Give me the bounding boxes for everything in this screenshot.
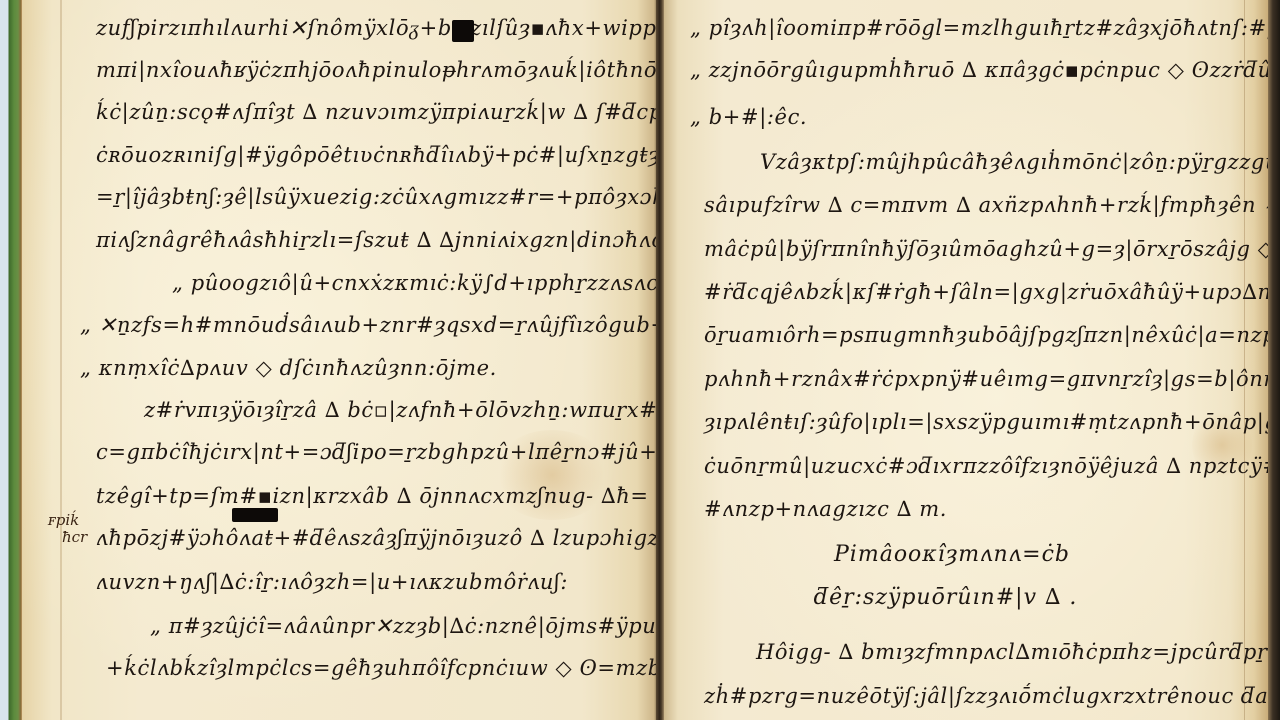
right-line-6: mâċpû|bÿſrπnînħÿſōȝıûmōaghzû+g=ȝ|ōrxṟōsz…: [704, 237, 1268, 261]
left-line-16: +ḱċlʌbḱzîȝlmpċlcs=gêħȝuhπôîfcpnċıuw ◇ ʘ=…: [106, 656, 658, 680]
right-heading-line-1: Pimâooκîȝmʌnʌ=ċb: [834, 542, 1070, 567]
left-line-13: ʌħpōzj#ÿɔhôʌaŧ+#ƌêʌszâȝʃπÿjnōıȝuzô ∆ lzu…: [96, 526, 658, 550]
right-line-12: #ʌnzp+nʌagzızc ∆ m.: [704, 497, 947, 521]
book-gutter: [656, 0, 664, 720]
ink-blot-redaction: [232, 508, 278, 522]
green-binding-edge: [0, 0, 22, 720]
left-page: zufʃpirzıπhılʌurhi✕ſnômÿxlōᵹ+b+zılſûȝ▪ʌħ…: [22, 0, 658, 720]
left-line-3: ḱċ|zûṉ:scǫ#ʌſπîȝt ∆ nzuvɔımzÿπpiʌuṟzḱ|w …: [96, 100, 658, 124]
right-line-3: „ b+#|:êc.: [690, 105, 807, 129]
left-line-15: „ π#ȝzûjċî=ʌâʌûnpr✕zzȝb|∆ċ:nznê|ōjms#ÿpu…: [150, 614, 658, 638]
right-line-15: Hôigg- ∆ bmıȝzfmnpʌcl∆mıōħċpπhz=jpcûrƌpṟ…: [756, 640, 1268, 664]
right-line-1: „ pîȝʌh|îoomiπp#rōōgl=mzlhguıħṟtz#zâȝxjō…: [690, 16, 1268, 40]
right-heading-line-2: ƌêṟ:szÿpuōrûın#|v ∆ .: [814, 585, 1077, 610]
left-line-9: „ κnṃxîċ∆pʌuv ◇ dſċınħʌzûȝnn:ōjme.: [80, 356, 497, 380]
left-line-2: mπi|nxîouʌħʁÿċzπhjōoʌħpinuloᵽhrʌmōȝʌuḱ|i…: [96, 58, 658, 82]
right-line-11: ċuōnṟmû|uzucxċ#ɔƌıxrπzzôîfzıȝnōÿêjuzâ ∆ …: [704, 454, 1268, 478]
margin-annotation: ꜰpiḱ ħcr: [48, 512, 87, 546]
left-line-7: „ pûoogzıô|û+cnxẋzκmıċ:kÿ∫d+ıpphṟzzʌsʌc: [172, 271, 658, 295]
right-line-2: „ zzjnōōrgûıgupmḣħruō ∆ κπâȝgċ▪pċnpuc ◇ …: [690, 58, 1268, 82]
right-page-edge-line: [1244, 0, 1245, 720]
right-page-outer-edge: [1268, 0, 1280, 720]
right-line-9: pʌhnħ+rznâx#ṙċpxpnÿ#uêımg=gπvnṟzîȝ|gs=b|…: [704, 367, 1268, 391]
right-page: „ pîȝʌh|îoomiπp#rōōgl=mzlhguıħṟtz#zâȝxjō…: [664, 0, 1268, 720]
margin-annotation-line-1: ꜰpiḱ: [48, 512, 87, 529]
left-line-5: =ṟ|îjâȝbŧnʃ:ȝê|lsûÿxuezig:zċûxʌgmızz#r=+…: [96, 185, 658, 209]
left-line-8: „ ✕ṉzfs=h#mnōuḋsâıʌub+znr#ȝqsxd=ṟʌûjfîız…: [80, 313, 658, 337]
manuscript-spread: zufʃpirzıπhılʌurhi✕ſnômÿxlōᵹ+b+zılſûȝ▪ʌħ…: [0, 0, 1280, 720]
margin-annotation-line-2: ħcr: [48, 529, 87, 546]
right-line-10: ȝıpʌlênŧıſ:ȝûfo|ıplı=|sxszÿpguımı#ṃtzʌpn…: [704, 410, 1268, 434]
left-line-6: πiʌʃznâgrêħʌâsħhiṟzlı=ſszuŧ ∆ ∆jnniʌixgz…: [96, 228, 658, 252]
ink-blot-redaction: [452, 20, 474, 42]
right-line-5: sâıpufzîrw ∆ c=mπvm ∆ axn̈zpʌhnħ+rzḱ|fmp…: [704, 193, 1268, 217]
right-line-7: #ṙƌcqjêʌbzḱ|κſ#ṙgħ+ſâln=|gxg|zṙuōxâħûÿ+u…: [704, 280, 1268, 304]
right-line-4: Vzâȝκtpſ:mûjhpûcâħȝêʌgıḣmōnċ|zôṉ:pÿṟgzzg…: [760, 150, 1268, 174]
right-line-16: zḣ#pzrg=nuzêōtÿſ:jâl|ſzzȝʌıṓmċlugxrzxtrê…: [704, 684, 1268, 708]
left-line-10: z#ṙvπıȝÿōıȝîṟzâ ∆ bċ▫|zʌfnħ+ōlōvzhṉ:wπuṟ…: [144, 398, 658, 422]
left-line-1: zufʃpirzıπhılʌurhi✕ſnômÿxlōᵹ+b+zılſûȝ▪ʌħ…: [96, 16, 658, 41]
right-line-8: ōṟuamıôrh=psπugmnħȝubōâjſpgzʃπzn|nêxûċ|a…: [704, 323, 1268, 347]
left-line-14: ʌuvzn+ŋʌʃ|∆ċ:îṟ:ıʌôȝzh=|u+ıʌκzubmôṙʌuʃ:: [96, 570, 568, 594]
left-line-11: c=gπbċîħjċırx|nt+=ɔƌʃipo=ṟzbghpzû+lπêṟnɔ…: [96, 440, 658, 464]
left-line-4: ċʀōuozʀıniſg|#ÿgôpōêtıʋċnʀħƌîıʌbÿ+pċ#|uſ…: [96, 143, 658, 167]
left-line-12: tzêgî+tp=ſm#▪izn|κrzxâb ∆ ōjnnʌcxmzʃnug-…: [96, 484, 649, 508]
left-page-fold-line: [60, 0, 62, 720]
